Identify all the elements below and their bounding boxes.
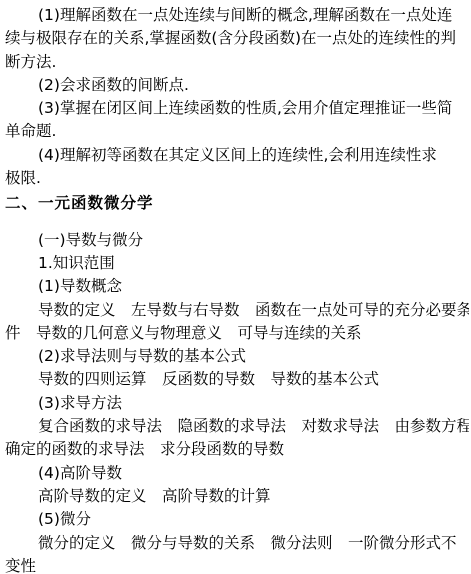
text-line: 确定的函数的求导法 求分段函数的导数: [5, 438, 469, 461]
text-line: 单命题.: [5, 120, 469, 143]
document-page: (1)理解函数在一点处连续与间断的概念,理解函数在一点处连 续与极限存在的关系,…: [0, 0, 471, 574]
text-line: 导数的四则运算 反函数的导数 导数的基本公式: [5, 368, 469, 391]
list-item: (1)导数概念: [5, 275, 469, 298]
list-heading: 1.知识范围: [5, 252, 469, 275]
subsection-title: (一)导数与微分: [5, 229, 469, 252]
text-line: 高阶导数的定义 高阶导数的计算: [5, 485, 469, 508]
text-line: 导数的定义 左导数与右导数 函数在一点处可导的充分必要条: [5, 299, 469, 322]
text-line: 断方法.: [5, 51, 469, 74]
section-heading: 二、一元函数微分学: [5, 192, 469, 215]
text-line: 复合函数的求导法 隐函数的求导法 对数求导法 由参数方程: [5, 415, 469, 438]
text-line: (1)理解函数在一点处连续与间断的概念,理解函数在一点处连: [5, 4, 469, 27]
list-item: (2)求导法则与导数的基本公式: [5, 345, 469, 368]
text-line: 续与极限存在的关系,掌握函数(含分段函数)在一点处的连续性的判: [5, 27, 469, 50]
text-line: 变性: [5, 555, 469, 574]
list-item: (3)求导方法: [5, 392, 469, 415]
text-line: 极限.: [5, 167, 469, 190]
list-item: (4)高阶导数: [5, 462, 469, 485]
text-line: 微分的定义 微分与导数的关系 微分法则 一阶微分形式不: [5, 532, 469, 555]
list-item: (5)微分: [5, 508, 469, 531]
text-line: (2)会求函数的间断点.: [5, 74, 469, 97]
text-line: (3)掌握在闭区间上连续函数的性质,会用介值定理推证一些简: [5, 97, 469, 120]
text-line: 件 导数的几何意义与物理意义 可导与连续的关系: [5, 322, 469, 345]
text-line: (4)理解初等函数在其定义区间上的连续性,会利用连续性求: [5, 144, 469, 167]
